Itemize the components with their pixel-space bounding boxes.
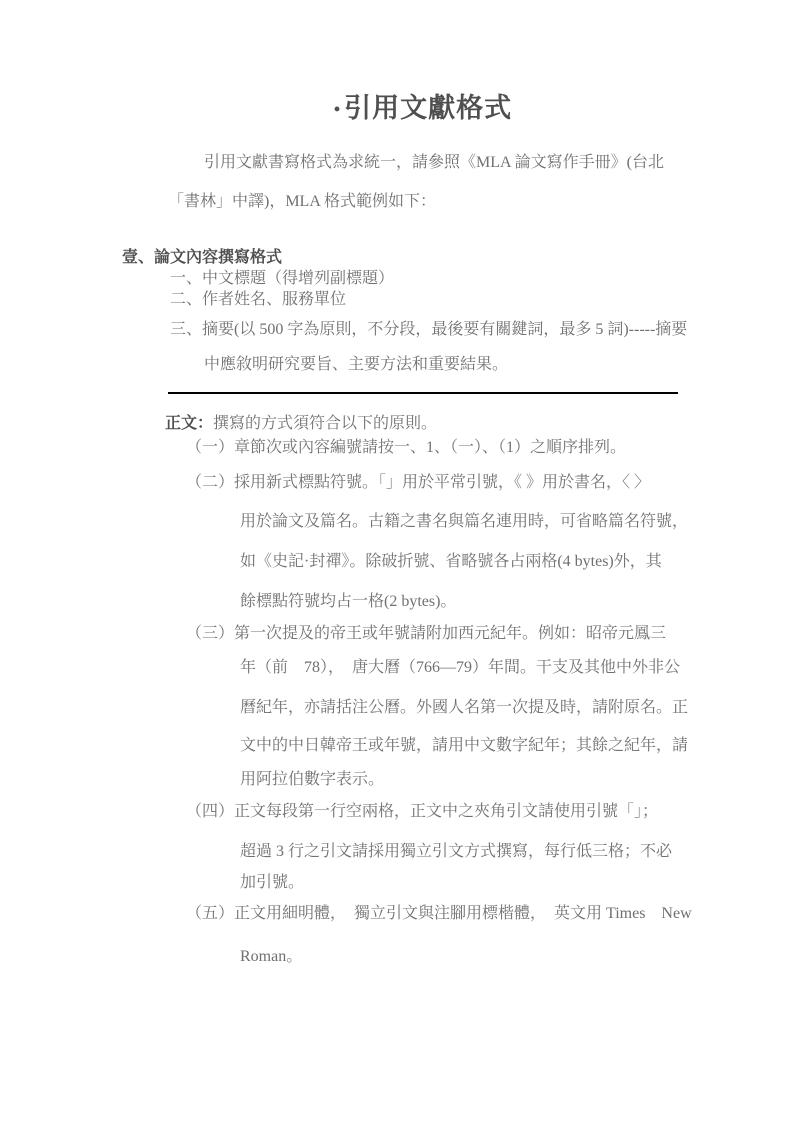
section-item-3-line-1: 三、摘要(以 500 字為原則，不分段，最後要有關鍵詞，最多 5 詞)-----… <box>170 320 687 340</box>
document-title-text: 引用文獻格式 <box>344 93 512 123</box>
body-rule-2-line-2: 用於論文及篇名。古籍之書名與篇名連用時，可省略篇名符號， <box>240 512 688 532</box>
body-rule-5-line-1: （五）正文用細明體， 獨立引文與注腳用標楷體， 英文用 Times New <box>186 904 692 924</box>
body-rule-3-line-3: 曆紀年，亦請括注公曆。外國人名第一次提及時，請附原名。正 <box>240 698 688 718</box>
section-item-3-line-2: 中應敘明研究要旨、主要方法和重要結果。 <box>204 355 508 375</box>
body-rule-3-line-1: （三）第一次提及的帝王或年號請附加西元紀年。例如：昭帝元鳳三 <box>186 624 666 644</box>
body-rule-4-line-3: 加引號。 <box>240 873 304 893</box>
body-label: 正文： <box>165 415 213 432</box>
body-intro-line: 正文：撰寫的方式須符合以下的原則。 <box>165 414 437 434</box>
body-rule-5-line-2: Roman。 <box>240 947 302 967</box>
body-rule-2-line-1: （二）採用新式標點符號。「」用於平常引號，《 》用於書名，〈 〉 <box>186 473 650 493</box>
body-rule-1-line-1: （一）章節次或內容編號請按一、1、（一）、（1）之順序排列。 <box>186 438 626 458</box>
body-rule-2-line-4: 餘標點符號均占一格(2 bytes)。 <box>240 592 456 612</box>
section-item-1: 一、中文標題（得增列副標題） <box>170 269 394 289</box>
title-bullet-icon: • <box>334 99 341 119</box>
body-rule-4-line-2: 超過 3 行之引文請採用獨立引文方式撰寫，每行低三格；不必 <box>240 842 672 862</box>
section-heading: 壹、論文內容撰寫格式 <box>122 248 282 268</box>
document-page: •引用文獻格式 引用文獻書寫格式為求統一，請參照《MLA 論文寫作手冊》(台北 … <box>0 0 794 1123</box>
body-rule-3-line-5: 用阿拉伯數字表示。 <box>240 770 384 790</box>
horizontal-divider <box>168 392 678 394</box>
body-rule-3-line-2: 年（前 78）， 唐大曆（766—79）年間。干支及其他中外非公 <box>240 658 680 678</box>
intro-paragraph-line-1: 引用文獻書寫格式為求統一，請參照《MLA 論文寫作手冊》(台北 <box>204 153 664 173</box>
body-rule-4-line-1: （四）正文每段第一行空兩格，正文中之夾角引文請使用引號「」； <box>186 802 658 822</box>
document-title: •引用文獻格式 <box>168 92 678 125</box>
body-rule-2-line-3: 如《史記·封禪》。除破折號、省略號各占兩格(4 bytes)外，其 <box>240 552 662 572</box>
intro-paragraph-line-2: 「書林」中譯)，MLA 格式範例如下： <box>168 192 436 212</box>
body-rule-3-line-4: 文中的中日韓帝王或年號，請用中文數字紀年；其餘之紀年，請 <box>240 736 688 756</box>
body-label-rest: 撰寫的方式須符合以下的原則。 <box>213 415 437 432</box>
section-item-2: 二、作者姓名、服務單位 <box>170 290 346 310</box>
